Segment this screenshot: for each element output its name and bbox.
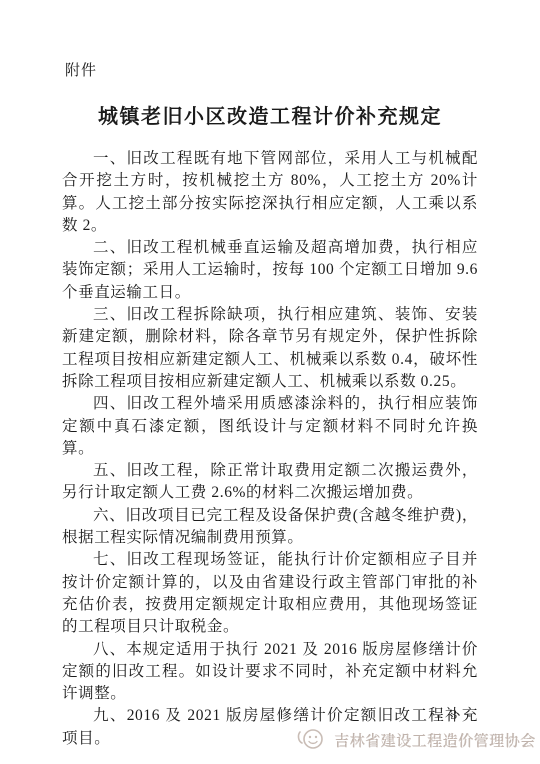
paragraph-4: 四、旧改工程外墙采用质感漆涂料的，执行相应装饰定额中真石漆定额，图纸设计与定额材… [62,393,478,460]
association-name: 吉林省建设工程造价管理协会 [334,730,536,751]
attachment-label: 附件 [65,0,540,80]
paragraph-6: 六、旧改项目已完工程及设备保护费(含越冬维护费)，根据工程实际情况编制费用预算。 [62,505,478,550]
document-body: 一、旧改工程既有地下管网部位，采用人工与机械配合开挖土方时，按机械挖土方 80%… [62,148,478,750]
document-page: 附件 城镇老旧小区改造工程计价补充规定 一、旧改工程既有地下管网部位，采用人工与… [0,0,540,764]
paragraph-3: 三、旧改工程拆除缺项，执行相应建筑、装饰、安装新建定额，删除材料，除各章节另有规… [62,304,478,393]
page-number: - 3 - [437,707,475,723]
paragraph-5: 五、旧改工程，除正常计取费用定额二次搬运费外，另行计取定额人工费 2.6%的材料… [62,460,478,505]
paragraph-1: 一、旧改工程既有地下管网部位，采用人工与机械配合开挖土方时，按机械挖土方 80%… [62,148,478,237]
paragraph-2: 二、旧改工程机械垂直运输及超高增加费，执行相应装饰定额；采用人工运输时，按每 1… [62,237,478,304]
document-title: 城镇老旧小区改造工程计价补充规定 [62,104,478,130]
paragraph-8: 八、本规定适用于执行 2021 及 2016 版房屋修缮计价定额的旧改工程。如设… [62,639,478,706]
association-watermark: 吉林省建设工程造价管理协会 [297,726,536,754]
paragraph-7: 七、旧改工程现场签证，能执行计价定额相应子目并按计价定额计算的，以及由省建设行政… [62,549,478,638]
association-logo-icon [297,726,329,754]
